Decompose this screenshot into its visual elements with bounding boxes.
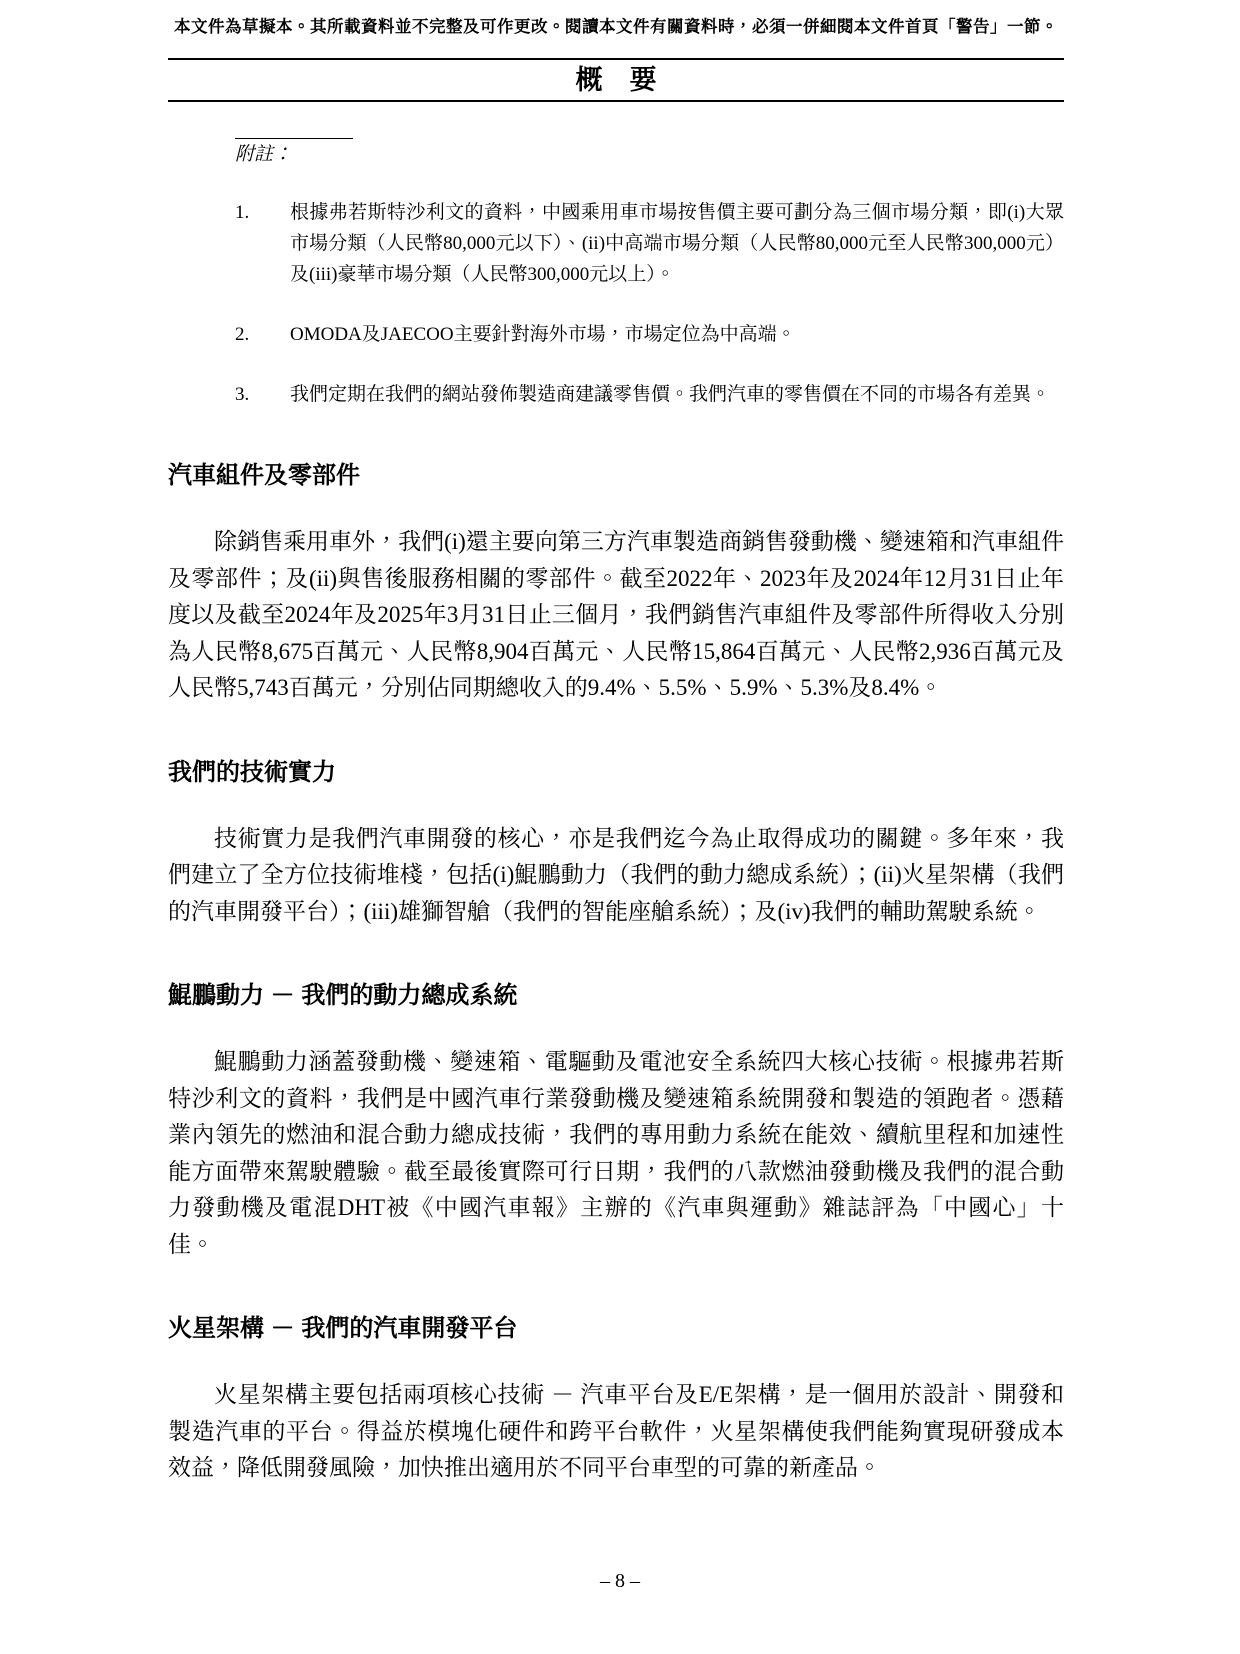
- footnote-text: 根據弗若斯特沙利文的資料，中國乘用車市場按售價主要可劃分為三個市場分類，即(i)…: [290, 197, 1064, 290]
- footnotes-label: 附註：: [235, 142, 1064, 168]
- document-page: 本文件為草擬本。其所載資料並不完整及可作更改。閱讀本文件有關資料時，必須一併細閱…: [0, 0, 1240, 1654]
- section-heading-auto-components: 汽車組件及零部件: [168, 461, 1064, 491]
- footnote-item-2: 2. OMODA及JAECOO主要針對海外市場，市場定位為中高端。: [235, 319, 1064, 350]
- section-paragraph: 火星架構主要包括兩項核心技術 － 汽車平台及E/E架構，是一個用於設計、開發和製…: [168, 1377, 1064, 1487]
- section-heading-technological-strength: 我們的技術實力: [168, 758, 1064, 788]
- footnotes-block: 附註： 1. 根據弗若斯特沙利文的資料，中國乘用車市場按售價主要可劃分為三個市場…: [235, 138, 1064, 410]
- draft-warning-notice: 本文件為草擬本。其所載資料並不完整及可作更改。閱讀本文件有關資料時，必須一併細閱…: [168, 16, 1064, 38]
- section-technological-strength: 我們的技術實力 技術實力是我們汽車開發的核心，亦是我們迄今為止取得成功的關鍵。多…: [168, 758, 1064, 931]
- footnote-item-1: 1. 根據弗若斯特沙利文的資料，中國乘用車市場按售價主要可劃分為三個市場分類，即…: [235, 197, 1064, 290]
- footnote-number: 1.: [235, 197, 290, 290]
- section-paragraph: 鯤鵬動力涵蓋發動機、變速箱、電驅動及電池安全系統四大核心技術。根據弗若斯特沙利文…: [168, 1044, 1064, 1263]
- footnote-text: OMODA及JAECOO主要針對海外市場，市場定位為中高端。: [290, 319, 1064, 350]
- section-auto-components: 汽車組件及零部件 除銷售乘用車外，我們(i)還主要向第三方汽車製造商銷售發動機、…: [168, 461, 1064, 707]
- page-title: 概 要: [168, 61, 1064, 99]
- page-number: – 8 –: [0, 1570, 1240, 1593]
- section-mars-architecture: 火星架構 － 我們的汽車開發平台 火星架構主要包括兩項核心技術 － 汽車平台及E…: [168, 1314, 1064, 1487]
- footnote-item-3: 3. 我們定期在我們的網站發佈製造商建議零售價。我們汽車的零售價在不同的市場各有…: [235, 379, 1064, 410]
- footnote-separator-line: [235, 138, 353, 139]
- section-paragraph: 除銷售乘用車外，我們(i)還主要向第三方汽車製造商銷售發動機、變速箱和汽車組件及…: [168, 524, 1064, 707]
- section-kunpeng-power: 鯤鵬動力 － 我們的動力總成系統 鯤鵬動力涵蓋發動機、變速箱、電驅動及電池安全系…: [168, 981, 1064, 1263]
- footnote-text: 我們定期在我們的網站發佈製造商建議零售價。我們汽車的零售價在不同的市場各有差異。: [290, 379, 1064, 410]
- page-content: 本文件為草擬本。其所載資料並不完整及可作更改。閱讀本文件有關資料時，必須一併細閱…: [168, 0, 1064, 1487]
- section-heading-kunpeng-power: 鯤鵬動力 － 我們的動力總成系統: [168, 981, 1064, 1011]
- title-rule-bottom: [168, 100, 1064, 102]
- footnote-number: 2.: [235, 319, 290, 350]
- section-heading-mars-architecture: 火星架構 － 我們的汽車開發平台: [168, 1314, 1064, 1344]
- title-rule-top: [168, 58, 1064, 60]
- section-paragraph: 技術實力是我們汽車開發的核心，亦是我們迄今為止取得成功的關鍵。多年來，我們建立了…: [168, 821, 1064, 931]
- footnote-number: 3.: [235, 379, 290, 410]
